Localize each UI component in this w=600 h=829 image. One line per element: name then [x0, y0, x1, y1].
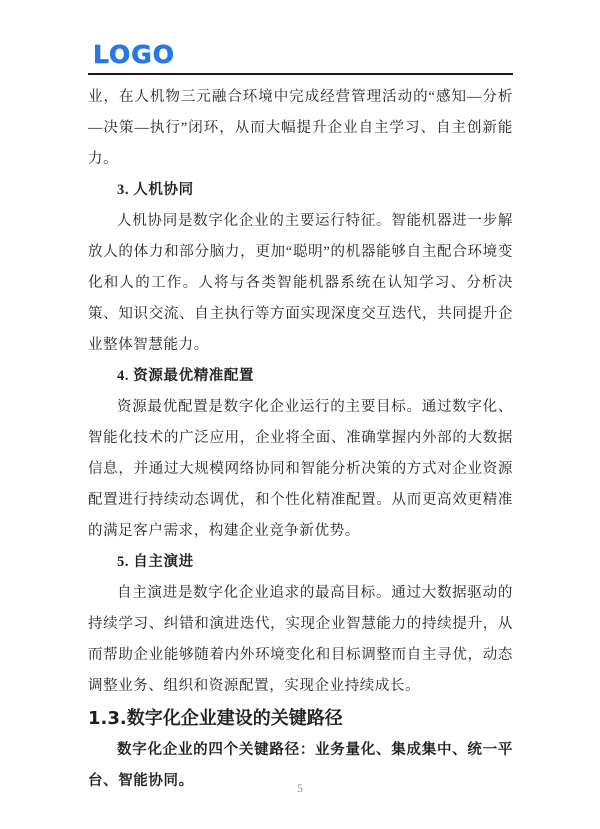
paragraph: 人机协同是数字化企业的主要运行特征。智能机器进一步解放人的体力和部分脑力，更加“…	[88, 206, 513, 361]
company-logo: LOGO	[93, 42, 175, 68]
document-page: LOGO 业，在人机物三元融合环境中完成经营管理活动的“感知—分析—决策—执行”…	[0, 0, 600, 829]
page-number: 5	[297, 781, 303, 795]
paragraph-continuation: 业，在人机物三元融合环境中完成经营管理活动的“感知—分析—决策—执行”闭环，从而…	[88, 82, 513, 175]
header-divider	[88, 73, 513, 75]
paragraph: 资源最优配置是数字化企业运行的主要目标。通过数字化、智能化技术的广泛应用，企业将…	[88, 392, 513, 547]
page-body: 业，在人机物三元融合环境中完成经营管理活动的“感知—分析—决策—执行”闭环，从而…	[88, 82, 513, 797]
page-footer: 5	[0, 780, 600, 796]
heading-optimal-resource-allocation: 4. 资源最优精准配置	[88, 361, 513, 392]
paragraph: 自主演进是数字化企业追求的最高目标。通过大数据驱动的持续学习、纠错和演进迭代，实…	[88, 578, 513, 702]
section-heading-1-3: 1.3.数字化企业建设的关键路径	[88, 702, 513, 735]
heading-human-machine-collaboration: 3. 人机协同	[88, 175, 513, 206]
heading-autonomous-evolution: 5. 自主演进	[88, 547, 513, 578]
